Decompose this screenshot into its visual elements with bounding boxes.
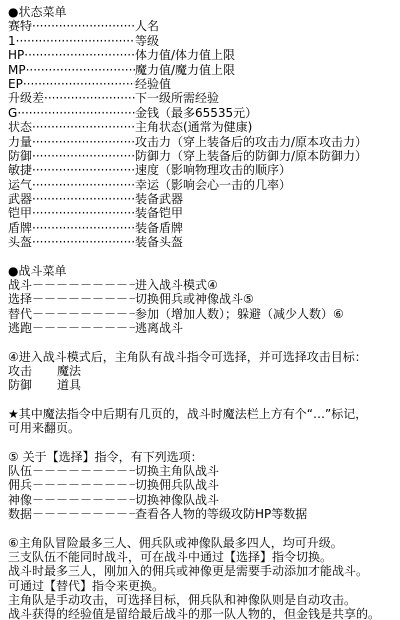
dash-leader: －－－－－－－－－－－－ <box>32 507 135 521</box>
magic-pages-note: ★其中魔法指令中后期有几页的，战斗时魔法栏上方有个“…”标记， 可用来翻页。 <box>8 407 400 436</box>
note-line: 可用来翻页。 <box>8 421 400 435</box>
status-entry-row: HP······································… <box>8 48 400 62</box>
entry-description: 装备铠甲 <box>135 206 183 220</box>
entry-description: 查看各人物的等级攻防HP等数据 <box>135 507 307 521</box>
bullet-icon: ● <box>8 5 18 19</box>
note-line: 战斗获得的经验值是留给最后战斗的那一队人物的，但金钱是共享的。 <box>8 607 400 620</box>
game-manual-document: ●状态菜单 赛特································… <box>0 0 400 620</box>
status-entry-row: 铠甲······································… <box>8 206 400 220</box>
entry-description: 逃离战斗 <box>135 321 183 335</box>
select-entry-row: 佣兵－－－－－－－－－－－－切换佣兵队战斗 <box>8 478 400 492</box>
note-line: 可通过【替代】指令来更换。 <box>8 579 400 593</box>
entry-label: 队伍 <box>8 464 32 478</box>
entry-label: 战斗 <box>8 278 32 292</box>
entry-label: 铠甲 <box>8 206 32 220</box>
note-intro: ④进入战斗模式后，主角队有战斗指令可选择，并可选择攻击目标： <box>8 350 400 364</box>
status-entry-row: 1·······································… <box>8 34 400 48</box>
note-intro: ⑤ 关于【选择】指令，有下列选项： <box>8 450 400 464</box>
status-entry-row: 武器······································… <box>8 192 400 206</box>
entry-label: 赛特 <box>8 19 32 33</box>
entry-description: 下一级所需经验 <box>135 91 219 105</box>
dash-leader: －－－－－－－－－－－－ <box>32 464 135 478</box>
command-magic: 魔法 <box>57 364 81 378</box>
entry-description: 装备头盔 <box>135 235 183 249</box>
section-title: 战斗菜单 <box>18 264 66 278</box>
entry-description: 主角状态(通常为健康) <box>135 120 252 134</box>
dot-leader: ········································… <box>32 221 135 235</box>
entry-label: 逃跑 <box>8 321 32 335</box>
dash-leader: －－－－－－－－－－－－ <box>32 493 135 507</box>
entry-label: 防御 <box>8 149 32 163</box>
entry-description: 魔力值/魔力值上限 <box>135 63 235 77</box>
entry-label: 选择 <box>8 292 32 306</box>
dash-leader: －－－－－－－－－－－－ <box>32 292 135 306</box>
entry-label: 运气 <box>8 178 32 192</box>
entry-label: 武器 <box>8 192 32 206</box>
entry-label: 1 <box>8 34 16 48</box>
dot-leader: ········································… <box>32 206 135 220</box>
dot-leader: ········································… <box>32 178 135 192</box>
dot-leader: ········································… <box>32 19 135 33</box>
entry-label: 头盔 <box>8 235 32 249</box>
entry-description: 金钱（最多65535元） <box>135 106 257 120</box>
entry-description: 等级 <box>135 34 159 48</box>
note-line: 战斗时最多三人，刚加入的佣兵或神像更是需要手动添加才能战斗。 <box>8 564 400 578</box>
entry-description: 防御力（穿上装备后的防御力/原本防御力） <box>135 149 367 163</box>
entry-label: 替代 <box>8 307 32 321</box>
battle-menu-section: ●战斗菜单 战斗－－－－－－－－－－－－进入战斗模式④ 选择－－－－－－－－－－… <box>8 264 400 336</box>
entry-label: MP <box>8 63 26 77</box>
entry-label: HP <box>8 48 24 62</box>
dot-leader: ········································… <box>32 149 135 163</box>
dot-leader: ········································… <box>26 63 135 77</box>
entry-description: 人名 <box>135 19 159 33</box>
entry-description: 幸运（影响会心一击的几率） <box>135 178 291 192</box>
dash-leader: －－－－－－－－－－－－ <box>32 278 135 292</box>
entry-description: 切换佣兵或神像战斗⑤ <box>135 292 254 306</box>
dot-leader: ········································… <box>32 163 135 177</box>
status-entry-row: 防御······································… <box>8 149 400 163</box>
entry-description: 速度（影响物理攻击的顺序） <box>135 163 291 177</box>
dash-leader: －－－－－－－－－－－－ <box>32 321 135 335</box>
status-menu-heading: ●状态菜单 <box>8 5 400 19</box>
battle-entry-row: 选择－－－－－－－－－－－－切换佣兵或神像战斗⑤ <box>8 292 400 306</box>
entry-description: 装备盾牌 <box>135 221 183 235</box>
battle-mode-note: ④进入战斗模式后，主角队有战斗指令可选择，并可选择攻击目标： 攻击魔法 防御道具 <box>8 350 400 393</box>
dot-leader: ········································… <box>17 106 135 120</box>
dot-leader: ········································… <box>24 48 135 62</box>
dot-leader: ········································… <box>32 192 135 206</box>
status-entry-row: 敏捷······································… <box>8 163 400 177</box>
select-entry-row: 神像－－－－－－－－－－－－切换神像队战斗 <box>8 493 400 507</box>
status-menu-section: ●状态菜单 赛特································… <box>8 5 400 250</box>
entry-label: 敏捷 <box>8 163 32 177</box>
entry-description: 切换神像队战斗 <box>135 493 219 507</box>
dot-leader: ········································… <box>44 91 135 105</box>
section-title: 状态菜单 <box>18 5 66 19</box>
note-line: ★其中魔法指令中后期有几页的，战斗时魔法栏上方有个“…”标记， <box>8 407 400 421</box>
status-entry-row: 力量······································… <box>8 135 400 149</box>
dash-leader: －－－－－－－－－－－－ <box>32 478 135 492</box>
status-entry-row: 运气······································… <box>8 178 400 192</box>
entry-label: 状态 <box>8 120 32 134</box>
battle-entry-row: 战斗－－－－－－－－－－－－进入战斗模式④ <box>8 278 400 292</box>
note-line: 三支队伍不能同时战斗，可在战斗中通过【选择】指令切换。 <box>8 550 400 564</box>
dot-leader: ········································… <box>23 77 135 91</box>
status-entry-row: EP······································… <box>8 77 400 91</box>
entry-description: 进入战斗模式④ <box>135 278 218 292</box>
battle-menu-heading: ●战斗菜单 <box>8 264 400 278</box>
entry-label: G <box>8 106 17 120</box>
entry-label: EP <box>8 77 23 91</box>
command-item: 道具 <box>57 378 81 392</box>
entry-description: 切换佣兵队战斗 <box>135 478 219 492</box>
entry-description: 体力值/体力值上限 <box>135 48 235 62</box>
status-entry-row: MP······································… <box>8 63 400 77</box>
dot-leader: ········································… <box>32 120 135 134</box>
dash-leader: －－－－－－－－－－－－ <box>32 307 135 321</box>
entry-label: 神像 <box>8 493 32 507</box>
note-line: 主角队是手动攻击，可选择目标，佣兵队和神像队则是自动攻击。 <box>8 593 400 607</box>
battle-entry-row: 逃跑－－－－－－－－－－－－逃离战斗 <box>8 321 400 335</box>
bullet-icon: ● <box>8 264 18 278</box>
party-rules-note: ⑥主角队冒险最多三人、佣兵队或神像队最多四人，均可升级。 三支队伍不能同时战斗，… <box>8 536 400 620</box>
status-entry-row: 状态······································… <box>8 120 400 134</box>
battle-command-row: 攻击魔法 <box>8 364 400 378</box>
command-attack: 攻击 <box>8 364 57 378</box>
status-entry-row: G·······································… <box>8 106 400 120</box>
entry-description: 经验值 <box>135 77 171 91</box>
command-defend: 防御 <box>8 378 57 392</box>
entry-label: 力量 <box>8 135 32 149</box>
select-entry-row: 数据－－－－－－－－－－－－查看各人物的等级攻防HP等数据 <box>8 507 400 521</box>
select-command-note: ⑤ 关于【选择】指令，有下列选项： 队伍－－－－－－－－－－－－切换主角队战斗 … <box>8 450 400 522</box>
dot-leader: ········································… <box>32 235 135 249</box>
entry-label: 佣兵 <box>8 478 32 492</box>
dot-leader: ········································… <box>16 34 135 48</box>
note-line: ⑥主角队冒险最多三人、佣兵队或神像队最多四人，均可升级。 <box>8 536 400 550</box>
status-entry-row: 头盔······································… <box>8 235 400 249</box>
battle-entry-row: 替代－－－－－－－－－－－－参加（增加人数）；躲避（减少人数）⑥ <box>8 307 400 321</box>
entry-label: 盾牌 <box>8 221 32 235</box>
entry-label: 升级差 <box>8 91 44 105</box>
entry-description: 切换主角队战斗 <box>135 464 219 478</box>
entry-description: 装备武器 <box>135 192 183 206</box>
battle-command-row: 防御道具 <box>8 378 400 392</box>
entry-label: 数据 <box>8 507 32 521</box>
status-entry-row: 升级差·····································… <box>8 91 400 105</box>
dot-leader: ········································… <box>32 135 135 149</box>
select-entry-row: 队伍－－－－－－－－－－－－切换主角队战斗 <box>8 464 400 478</box>
status-entry-row: 盾牌······································… <box>8 221 400 235</box>
entry-description: 参加（增加人数）；躲避（减少人数）⑥ <box>135 307 344 321</box>
status-entry-row: 赛特······································… <box>8 19 400 33</box>
entry-description: 攻击力（穿上装备后的攻击力/原本攻击力） <box>135 135 367 149</box>
